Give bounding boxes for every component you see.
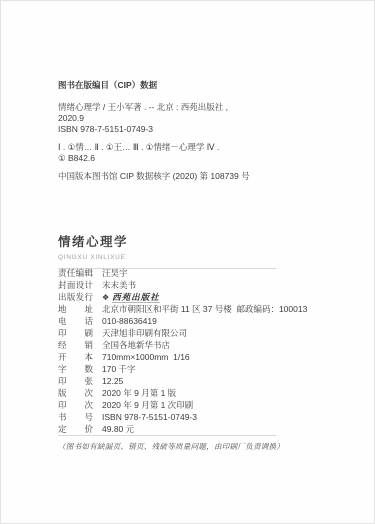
publisher-logo: ❖ 西苑出版社 xyxy=(102,293,160,303)
title-block: 情绪心理学 QINGXU XINLIXUE xyxy=(58,232,276,269)
row-label: 印次 xyxy=(58,399,93,411)
cip-block: 图书在版编目（CIP）数据 情绪心理学 / 王小军著 . -- 北京 : 西苑出… xyxy=(58,79,276,182)
divider-bottom xyxy=(58,435,276,436)
book-title: 情绪心理学 xyxy=(58,232,276,250)
row-label: 经销 xyxy=(58,339,93,351)
colophon-list: 责任编辑 汪昊宇 封面设计 末末美书 出版发行 ❖ 西苑出版社 地址 北京市朝阳… xyxy=(58,267,276,435)
row-address: 地址 北京市朝阳区和平街 11 区 37 号楼 邮政编码：100013 xyxy=(58,303,276,315)
row-label: 出版发行 xyxy=(58,291,93,303)
row-edition: 版次 2020 年 9 月第 1 版 xyxy=(58,387,276,399)
quality-note: （图书如有缺漏页、错页、残破等质量问题，由印刷厂负责调换） xyxy=(58,441,276,452)
row-word-count: 字数 170 千字 xyxy=(58,363,276,375)
row-editor: 责任编辑 汪昊宇 xyxy=(58,267,276,279)
cip-record-number: 中国版本图书馆 CIP 数据核字 (2020) 第 108739 号 xyxy=(58,171,276,182)
cip-isbn-line: ISBN 978-7-5151-0749-3 xyxy=(58,124,276,135)
cip-title-line: 情绪心理学 / 王小军著 . -- 北京 : 西苑出版社 , xyxy=(58,102,276,113)
row-label: 印刷 xyxy=(58,327,93,339)
publisher-logo-icon: ❖ xyxy=(102,294,109,302)
book-title-pinyin: QINGXU XINLIXUE xyxy=(58,254,276,261)
cip-classification-line: Ⅰ . ①情… Ⅱ . ①王… Ⅲ . ①情绪－心理学 Ⅳ . xyxy=(58,142,276,153)
row-value: 北京市朝阳区和平街 11 区 37 号楼 邮政编码：100013 xyxy=(102,303,307,315)
row-label: 地址 xyxy=(58,303,93,315)
row-value: 710mm×1000mm 1/16 xyxy=(102,352,190,362)
row-value: 天津旭非印刷有限公司 xyxy=(102,327,187,339)
row-printer: 印刷 天津旭非印刷有限公司 xyxy=(58,327,276,339)
row-label: 定价 xyxy=(58,423,93,435)
row-label: 书号 xyxy=(58,411,93,423)
row-format: 开本 710mm×1000mm 1/16 xyxy=(58,351,276,363)
row-isbn: 书号 ISBN 978-7-5151-0749-3 xyxy=(58,411,276,423)
row-phone: 电话 010-88636419 xyxy=(58,315,276,327)
row-value: 12.25 xyxy=(102,376,123,386)
row-distributor: 经销 全国各地新华书店 xyxy=(58,339,276,351)
row-label: 印张 xyxy=(58,375,93,387)
row-value: 2020 年 9 月第 1 版 xyxy=(102,387,176,399)
row-label: 责任编辑 xyxy=(58,267,93,279)
row-label: 字数 xyxy=(58,363,93,375)
row-value: 49.80 元 xyxy=(102,423,134,435)
row-label: 开本 xyxy=(58,351,93,363)
row-price: 定价 49.80 元 xyxy=(58,423,276,435)
row-cover-design: 封面设计 末末美书 xyxy=(58,279,276,291)
row-value: 全国各地新华书店 xyxy=(102,339,170,351)
row-value: 末末美书 xyxy=(102,279,136,291)
cip-class-code: ① B842.6 xyxy=(58,153,276,164)
cip-heading: 图书在版编目（CIP）数据 xyxy=(58,79,276,91)
cip-year-line: 2020.9 xyxy=(58,113,276,124)
row-publisher: 出版发行 ❖ 西苑出版社 xyxy=(58,291,276,303)
row-value: 2020 年 9 月第 1 次印刷 xyxy=(102,399,193,411)
row-value: 汪昊宇 xyxy=(102,267,128,279)
row-sheets: 印张 12.25 xyxy=(58,375,276,387)
row-label: 版次 xyxy=(58,387,93,399)
row-value: 170 千字 xyxy=(102,363,136,375)
row-label: 电话 xyxy=(58,315,93,327)
row-label: 封面设计 xyxy=(58,279,93,291)
row-value: 010-88636419 xyxy=(102,316,157,326)
row-impression: 印次 2020 年 9 月第 1 次印刷 xyxy=(58,399,276,411)
row-value: ISBN 978-7-5151-0749-3 xyxy=(102,412,197,422)
copyright-page: 图书在版编目（CIP）数据 情绪心理学 / 王小军著 . -- 北京 : 西苑出… xyxy=(0,0,375,524)
publisher-name: 西苑出版社 xyxy=(112,293,160,303)
